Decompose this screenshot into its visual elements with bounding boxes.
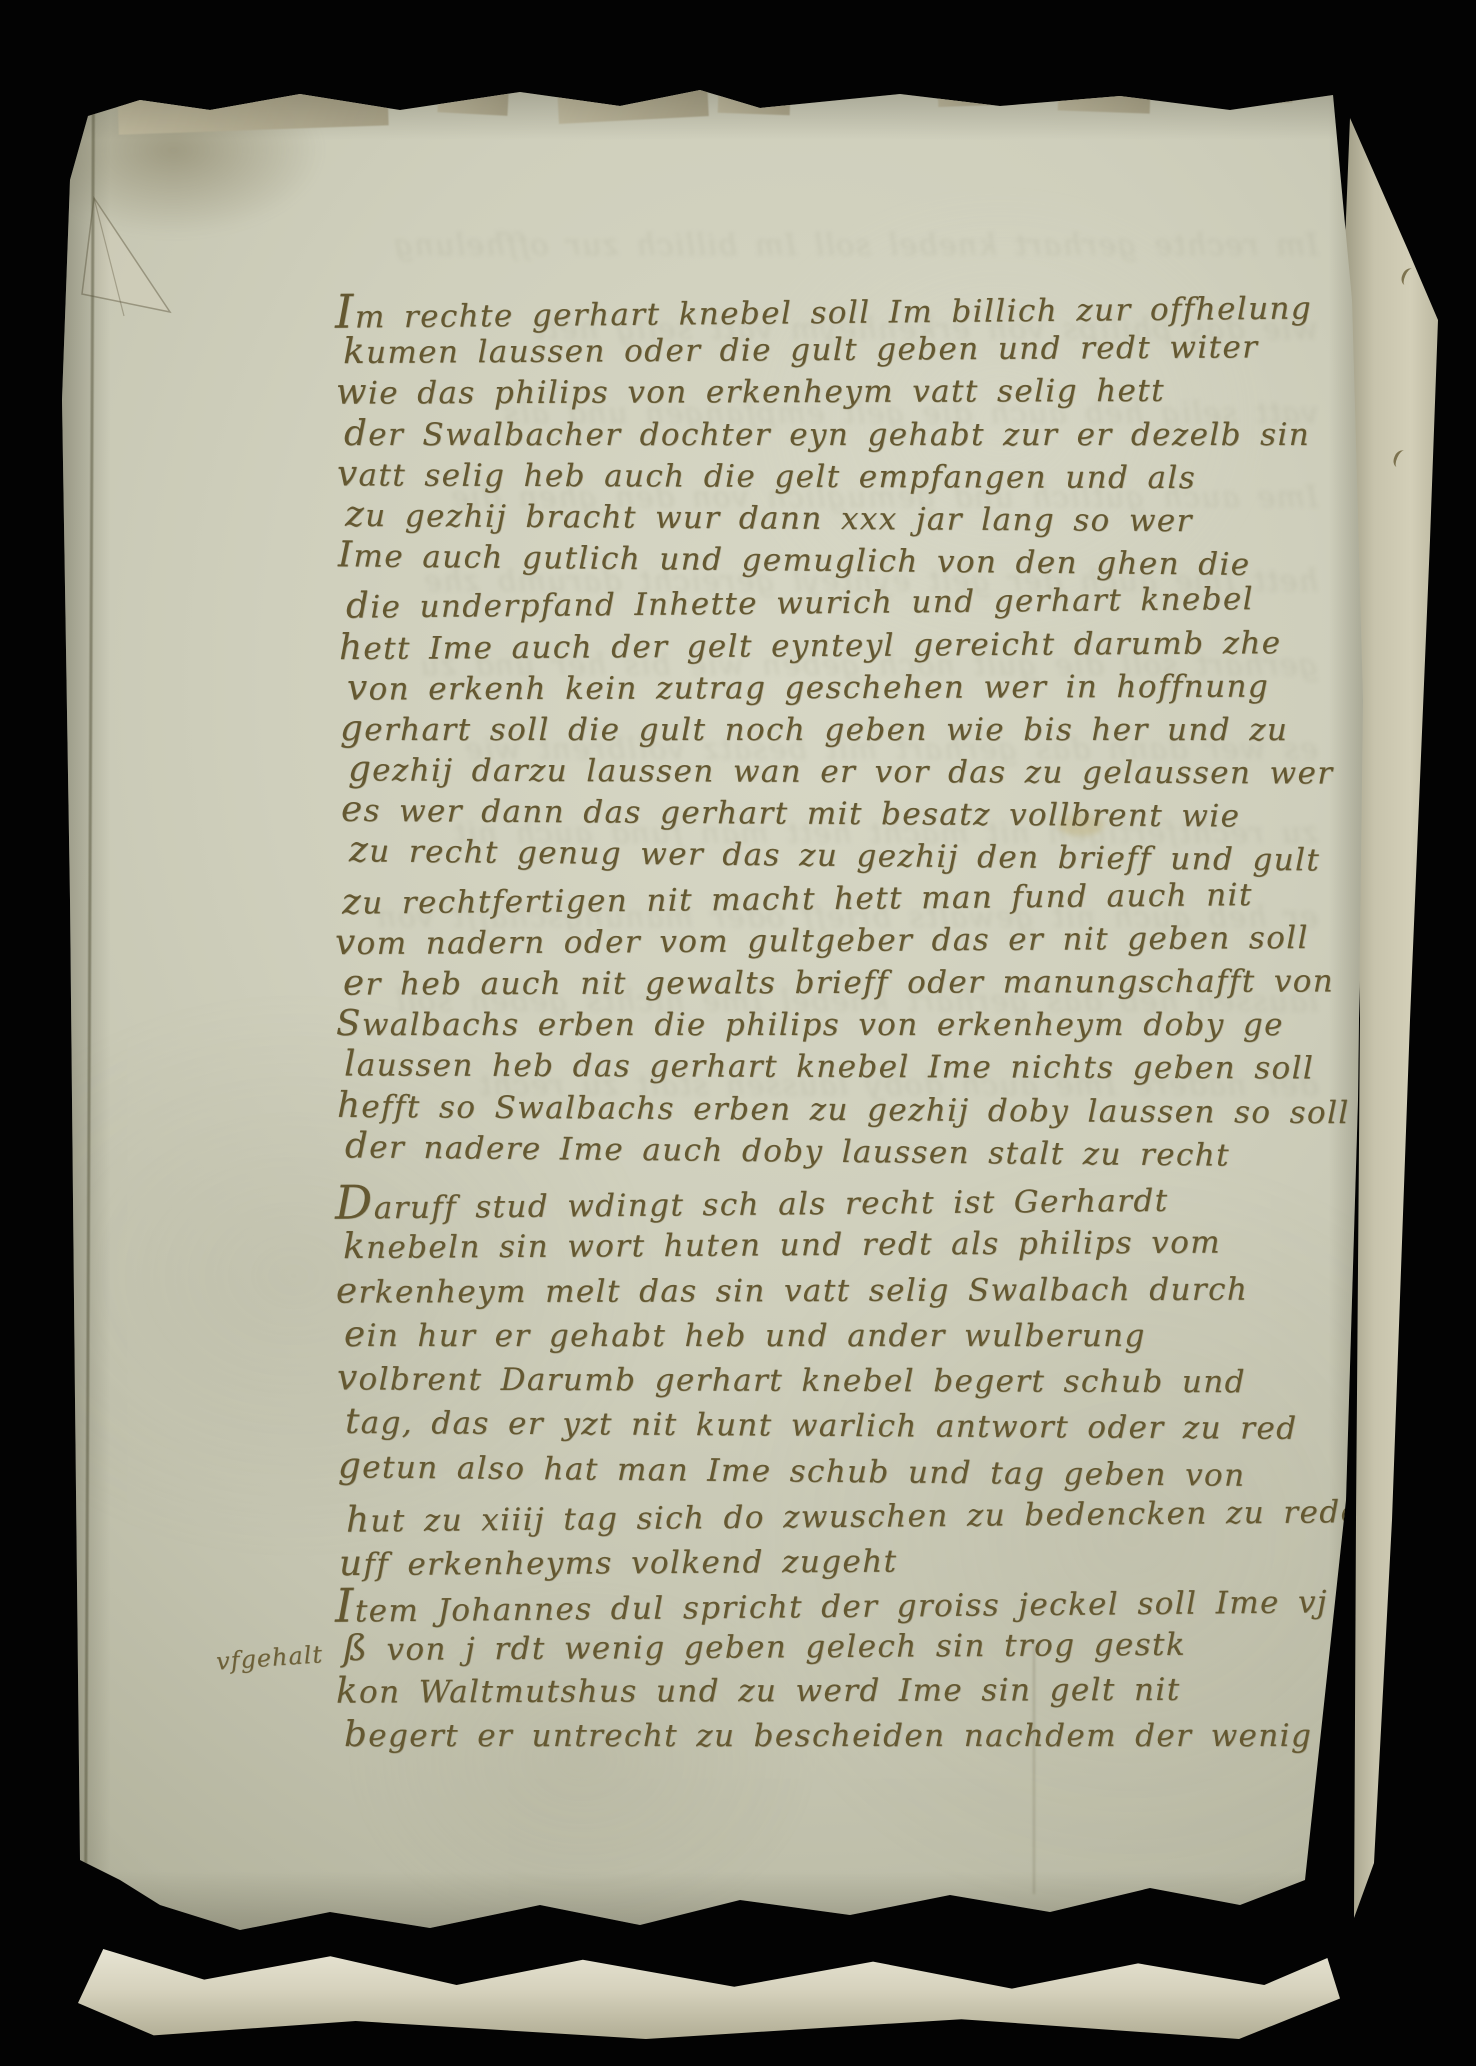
manuscript-line: vatt selig heb auch die gelt empfangen u… <box>337 453 1338 498</box>
manuscript-line: begert er untrecht zu bescheiden nachdem… <box>344 1713 1338 1758</box>
torn-edge-fragment <box>718 93 791 116</box>
torn-edge-fragment <box>1228 84 1293 105</box>
manuscript-line: der Swalbacher dochter eyn gehabt zur er… <box>344 413 1338 455</box>
manuscript-line: ein hur er gehabt heb und ander wulberun… <box>344 1312 1338 1357</box>
ink-fragment <box>1399 266 1418 288</box>
manuscript-line: zu rechtfertigen nit macht hett man fund… <box>342 872 1338 924</box>
entry-text-block: Item Johannes dul spricht der groiss jec… <box>282 1579 1338 1757</box>
manuscript-line: ß von j rdt wenig geben gelech sin trog … <box>343 1620 1338 1671</box>
manuscript-line: Item Johannes dul spricht der groiss jec… <box>335 1574 1338 1628</box>
torn-edge-fragment <box>437 90 508 116</box>
torn-edge-fragment <box>557 82 709 124</box>
manuscript-line: kon Waltmutshus und zu werd Ime sin gelt… <box>336 1666 1338 1714</box>
manuscript-line: vom nadern oder vom gultgeber das er nit… <box>335 916 1338 964</box>
manuscript-line: kumen laussen oder die gult geben und re… <box>343 325 1338 373</box>
manuscript-line: hefft so Swalbachs erben zu gezhij doby … <box>337 1084 1338 1132</box>
manuscript-line: volbrent Darumb gerhart knebel begert sc… <box>337 1356 1338 1404</box>
manuscript-page: Im rechte gerhart knebel soll Im billich… <box>58 84 1368 1946</box>
entry-text-block: Daruff stud wdingt sch als recht ist Ger… <box>282 1176 1338 1584</box>
manuscript-line: Daruff stud wdingt sch als recht ist Ger… <box>335 1171 1338 1226</box>
manuscript-line: er heb auch nit gewalts brieff oder manu… <box>343 959 1338 1004</box>
torn-edge-fragment <box>938 87 995 107</box>
manuscript-line: wie das philips von erkenheym vatt selig… <box>336 369 1338 414</box>
manuscript-line: die underpfand Inhette wurich und gerhar… <box>346 577 1338 629</box>
torn-edge-fragment <box>1058 90 1151 113</box>
manuscript-line: der nadere Ime auch doby laussen stalt z… <box>345 1125 1338 1177</box>
manuscript-line: gezhij darzu laussen wan er vor das zu g… <box>348 749 1338 794</box>
manuscript-line: tag, das er yzt nit kunt warlich antwort… <box>345 1399 1338 1451</box>
manuscript-line: von erkenh kein zutrag geschehen wer in … <box>347 664 1338 709</box>
entry-text-block: Im rechte gerhart knebel soll Im billich… <box>282 286 1338 1172</box>
manuscript-line: hett Ime auch der gelt eynteyl gereicht … <box>339 620 1338 668</box>
under-page-bottom-edge <box>78 1949 1340 2039</box>
ink-fragment <box>1391 448 1410 470</box>
manuscript-line: knebeln sin wort huten und redt als phil… <box>343 1218 1338 1270</box>
manuscript-line: erkenheym melt das sin vatt selig Swalba… <box>336 1265 1338 1313</box>
manuscript-line: laussen heb das gerhart knebel Ime nicht… <box>344 1044 1338 1089</box>
manuscript-line: gerhart soll die gult noch geben wie bis… <box>340 708 1338 750</box>
photo-background: Im rechte gerhart knebel soll Im billich… <box>0 0 1476 2066</box>
manuscript-line: Swalbachs erben die philips von erkenhey… <box>336 1003 1338 1045</box>
